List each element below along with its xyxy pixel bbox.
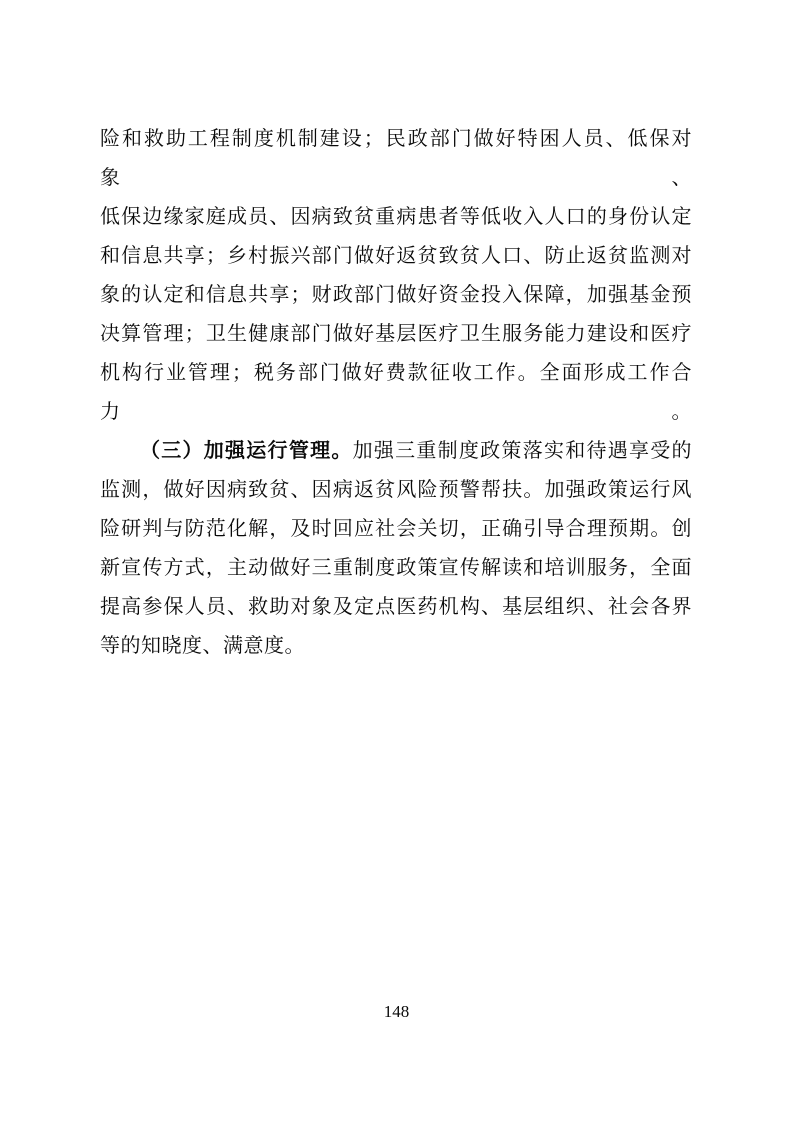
text-line: 监测，做好因病致贫、因病返贫风险预警帮扶。加强政策运行风	[100, 471, 692, 510]
text-line: 和信息共享；乡村振兴部门做好返贫致贫人口、防止返贫监测对	[100, 237, 692, 276]
page-body-text: 险和救助工程制度机制建设；民政部门做好特困人员、低保对象、 低保边缘家庭成员、因…	[100, 120, 692, 666]
text-line: 等的知晓度、满意度。	[100, 627, 692, 666]
section-heading: （三）加强运行管理。	[140, 440, 353, 462]
text-line: 险和救助工程制度机制建设；民政部门做好特困人员、低保对象、	[100, 120, 692, 198]
paragraph-operation-management: （三）加强运行管理。加强三重制度政策落实和待遇享受的 监测，做好因病致贫、因病返…	[100, 432, 692, 666]
text-line: 新宣传方式，主动做好三重制度政策宣传解读和培训服务，全面	[100, 549, 692, 588]
text-line: 象的认定和信息共享；财政部门做好资金投入保障，加强基金预	[100, 276, 692, 315]
page-number: 148	[0, 1002, 793, 1022]
text-line: 提高参保人员、救助对象及定点医药机构、基层组织、社会各界	[100, 588, 692, 627]
text-line: 低保边缘家庭成员、因病致贫重病患者等低收入人口的身份认定	[100, 198, 692, 237]
text-line: 决算管理；卫生健康部门做好基层医疗卫生服务能力建设和医疗	[100, 315, 692, 354]
document-page: 险和救助工程制度机制建设；民政部门做好特困人员、低保对象、 低保边缘家庭成员、因…	[0, 0, 793, 1122]
heading-line-text: 加强三重制度政策落实和待遇享受的	[353, 440, 692, 462]
paragraph-departments: 险和救助工程制度机制建设；民政部门做好特困人员、低保对象、 低保边缘家庭成员、因…	[100, 120, 692, 432]
text-line: 机构行业管理；税务部门做好费款征收工作。全面形成工作合力。	[100, 354, 692, 432]
text-line: （三）加强运行管理。加强三重制度政策落实和待遇享受的	[100, 432, 692, 471]
text-line: 险研判与防范化解，及时回应社会关切，正确引导合理预期。创	[100, 510, 692, 549]
